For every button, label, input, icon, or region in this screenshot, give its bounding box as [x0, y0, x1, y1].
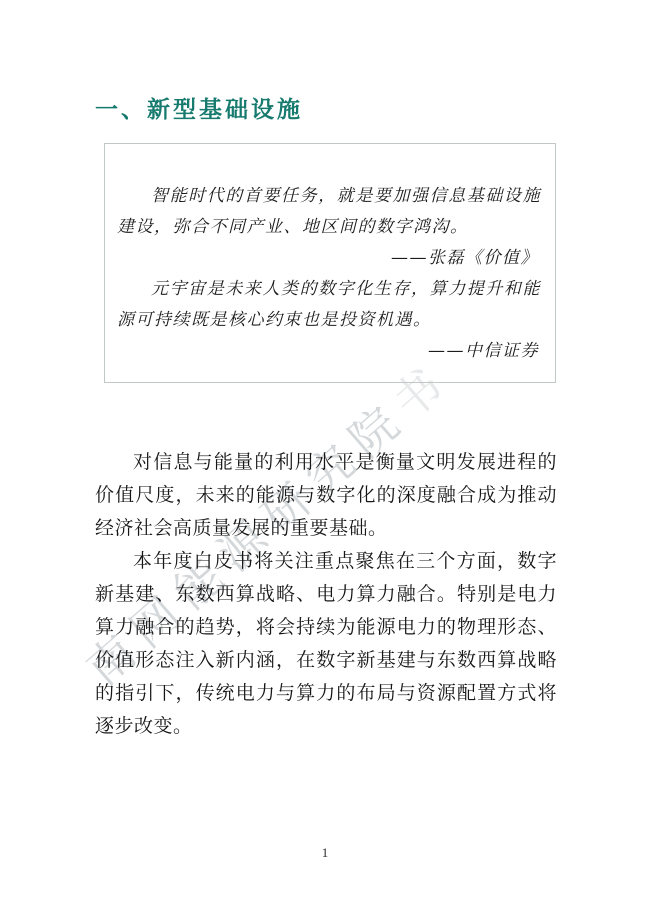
- quote-box: 智能时代的首要任务，就是要加强信息基础设施建设，弥合不同产业、地区间的数字鸿沟。…: [104, 143, 556, 383]
- quote-attribution-2: ——中信证券: [117, 336, 541, 367]
- body-paragraph-2: 本年度白皮书将关注重点聚焦在三个方面，数字新基建、东数西算战略、电力算力融合。特…: [95, 545, 557, 743]
- page-number: 1: [0, 845, 650, 861]
- page-content: 一、新型基础设施 智能时代的首要任务，就是要加强信息基础设施建设，弥合不同产业、…: [0, 0, 650, 919]
- quote-text-2: 元宇宙是未来人类的数字化生存，算力提升和能源可持续既是核心约束也是投资机遇。: [117, 274, 541, 336]
- document-page: 南网能源研究院书 一、新型基础设施 智能时代的首要任务，就是要加强信息基础设施建…: [0, 0, 650, 919]
- quote-attribution-1: ——张磊《价值》: [117, 243, 541, 274]
- body-paragraph-1: 对信息与能量的利用水平是衡量文明发展进程的价值尺度，未来的能源与数字化的深度融合…: [95, 446, 557, 545]
- body-text-block: 对信息与能量的利用水平是衡量文明发展进程的价值尺度，未来的能源与数字化的深度融合…: [95, 446, 557, 743]
- section-heading: 一、新型基础设施: [95, 91, 303, 124]
- quote-text-1: 智能时代的首要任务，就是要加强信息基础设施建设，弥合不同产业、地区间的数字鸿沟。: [117, 181, 541, 243]
